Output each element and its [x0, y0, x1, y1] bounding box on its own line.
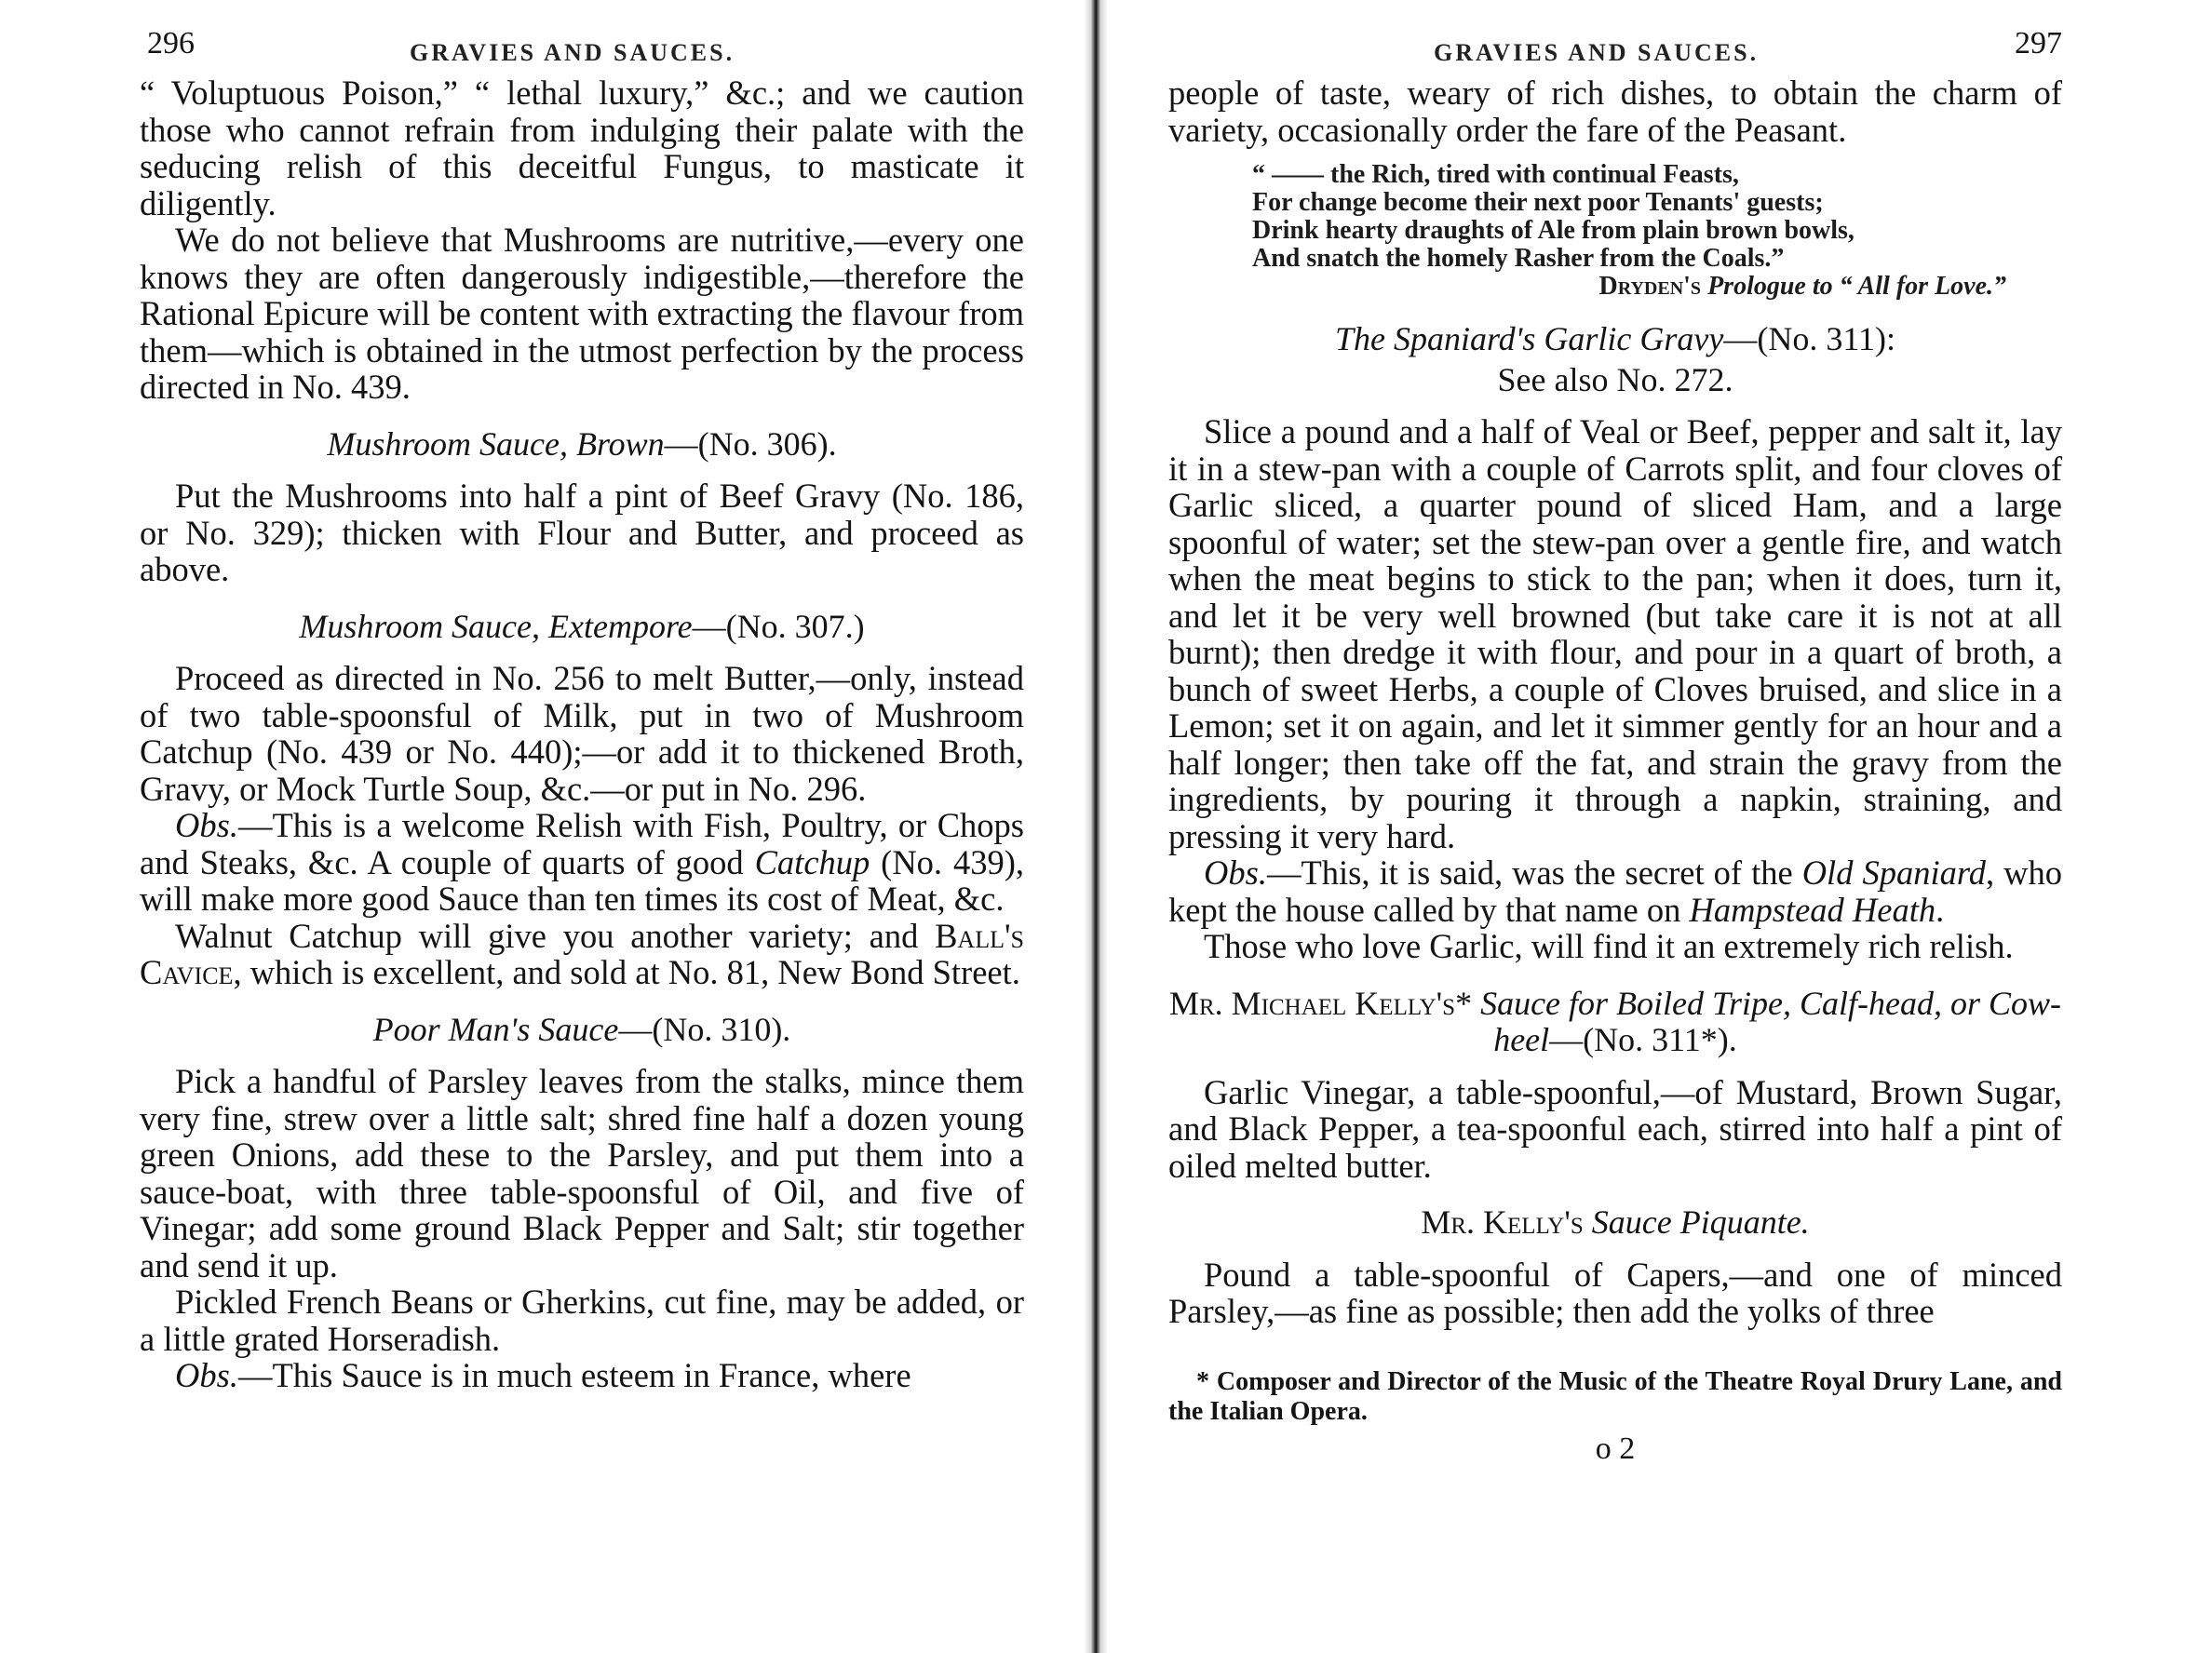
- text-run: —This, it is said, was the secret of the: [1267, 853, 1802, 892]
- verse-line: “ —— the Rich, tired with continual Feas…: [1252, 161, 2062, 189]
- paragraph: Pickled French Beans or Gherkins, cut fi…: [140, 1283, 1024, 1357]
- obs-label: Obs.: [175, 806, 238, 844]
- recipe-author: Mr. Michael Kelly's: [1169, 985, 1455, 1022]
- signature-mark: o 2: [1168, 1431, 2062, 1468]
- recipe-number: —(No. 311):: [1723, 320, 1895, 357]
- footnote: * Composer and Director of the Music of …: [1168, 1367, 2062, 1427]
- recipe-title: Sauce Piquante.: [1592, 1203, 1810, 1241]
- text-run: Walnut Catchup will give you another var…: [175, 917, 935, 955]
- paragraph: Proceed as directed in No. 256 to melt B…: [140, 660, 1024, 807]
- text-run: , which is excellent, and sold at No. 81…: [233, 953, 1019, 991]
- page-number: 297: [2015, 26, 2062, 61]
- recipe-title: Mushroom Sauce, Brown: [327, 425, 664, 463]
- running-head: 296 GRAVIES AND SAUCES.: [140, 0, 1024, 74]
- footnote-marker: *: [1455, 985, 1472, 1022]
- paragraph: “ Voluptuous Poison,” “ lethal luxury,” …: [140, 74, 1024, 222]
- recipe-heading: Mushroom Sauce, Extempore—(No. 307.): [140, 609, 1024, 646]
- recipe-title: The Spaniard's Garlic Gravy: [1335, 320, 1723, 357]
- recipe-heading: Poor Man's Sauce—(No. 310).: [140, 1012, 1024, 1049]
- paragraph: Pick a handful of Parsley leaves from th…: [140, 1063, 1024, 1283]
- running-title: GRAVIES AND SAUCES.: [410, 39, 735, 67]
- paragraph: Garlic Vinegar, a table-spoonful,—of Mus…: [1168, 1074, 2062, 1185]
- verse-line: And snatch the homely Rasher from the Co…: [1252, 245, 2062, 273]
- observation-paragraph: Obs.—This is a welcome Relish with Fish,…: [140, 807, 1024, 918]
- cross-reference: See also No. 272.: [1168, 362, 2062, 399]
- obs-label: Obs.: [1204, 853, 1267, 892]
- paragraph: Put the Mushrooms into half a pint of Be…: [140, 477, 1024, 588]
- author-name: Dryden's: [1599, 272, 1702, 301]
- text-run: .: [1935, 891, 1944, 929]
- right-page: GRAVIES AND SAUCES. 297 people of taste,…: [1168, 0, 2062, 1653]
- paragraph: Slice a pound and a half of Veal or Beef…: [1168, 413, 2062, 854]
- recipe-heading: The Spaniard's Garlic Gravy—(No. 311):: [1168, 321, 2062, 358]
- paragraph: Pound a table-spoonful of Capers,—and on…: [1168, 1257, 2062, 1330]
- verse-line: For change become their next poor Tenant…: [1252, 189, 2062, 217]
- verse-line: Drink hearty draughts of Ale from plain …: [1252, 217, 2062, 245]
- left-page: 296 GRAVIES AND SAUCES. “ Voluptuous Poi…: [140, 0, 1024, 1653]
- running-head: GRAVIES AND SAUCES. 297: [1168, 0, 2062, 74]
- italic-run: Hampstead Heath: [1690, 891, 1936, 929]
- page-number: 296: [147, 26, 195, 61]
- observation-paragraph: Obs.—This, it is said, was the secret of…: [1168, 854, 2062, 928]
- text-run: —This Sauce is in much esteem in France,…: [238, 1356, 911, 1394]
- recipe-number: —(No. 307.): [693, 608, 865, 645]
- page-body: people of taste, weary of rich dishes, t…: [1168, 74, 2062, 1467]
- recipe-heading: Mr. Kelly's Sauce Piquante.: [1168, 1204, 2062, 1242]
- paragraph: Those who love Garlic, will find it an e…: [1168, 928, 2062, 965]
- italic-run: Catchup: [755, 843, 870, 881]
- italic-run: Old Spaniard: [1802, 853, 1986, 892]
- recipe-number: —(No. 311*).: [1549, 1021, 1737, 1058]
- observation-paragraph: Obs.—This Sauce is in much esteem in Fra…: [140, 1357, 1024, 1394]
- verse-quotation: “ —— the Rich, tired with continual Feas…: [1252, 161, 2062, 301]
- paragraph: We do not believe that Mushrooms are nut…: [140, 222, 1024, 406]
- recipe-title: Poor Man's Sauce: [373, 1011, 619, 1048]
- obs-label: Obs.: [175, 1356, 238, 1394]
- page-body: “ Voluptuous Poison,” “ lethal luxury,” …: [140, 74, 1024, 1394]
- paragraph: people of taste, weary of rich dishes, t…: [1168, 74, 2062, 148]
- recipe-title: Mushroom Sauce, Extempore: [299, 608, 692, 645]
- recipe-author: Mr. Kelly's: [1421, 1203, 1583, 1241]
- work-title: Prologue to “ All for Love.”: [1707, 272, 2006, 301]
- recipe-heading: Mr. Michael Kelly's* Sauce for Boiled Tr…: [1168, 986, 2062, 1059]
- recipe-number: —(No. 310).: [618, 1011, 790, 1048]
- verse-attribution: Dryden's Prologue to “ All for Love.”: [1252, 273, 2006, 301]
- paragraph: Walnut Catchup will give you another var…: [140, 918, 1024, 991]
- running-title: GRAVIES AND SAUCES.: [1434, 39, 1759, 67]
- recipe-number: —(No. 306).: [665, 425, 837, 463]
- book-gutter: [1084, 0, 1108, 1653]
- recipe-heading: Mushroom Sauce, Brown—(No. 306).: [140, 426, 1024, 464]
